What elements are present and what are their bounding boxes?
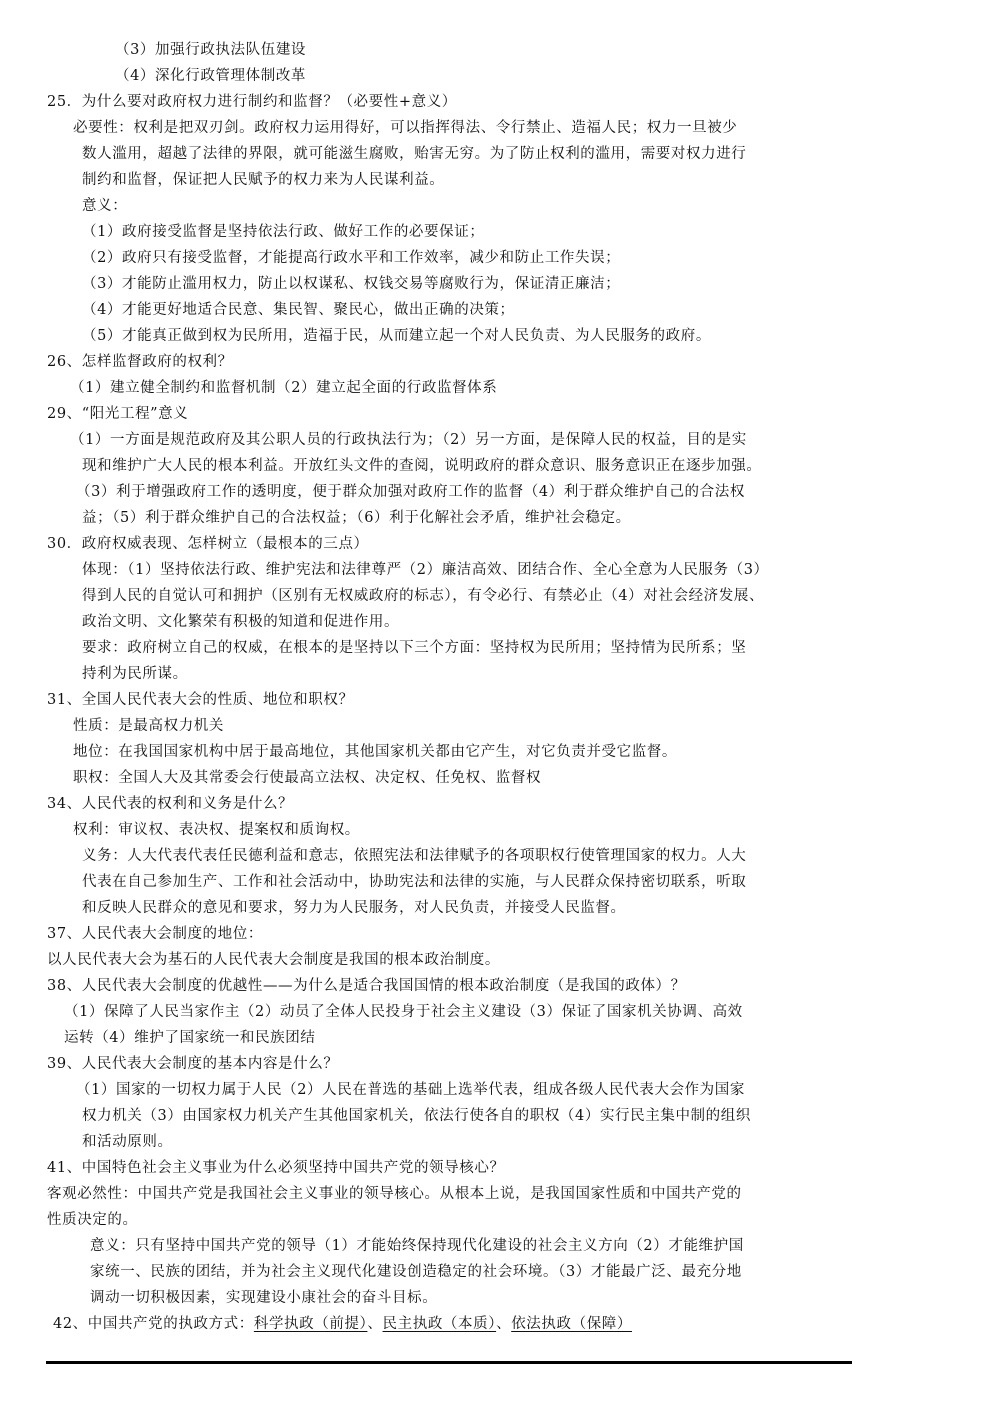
text-line: 现和维护广大人民的根本利益。开放红头文件的查阅，说明政府的群众意识、服务意识正在… (82, 456, 762, 476)
governance-mode-legal: 依法执政（保障） (511, 1316, 632, 1332)
text-line: 益；（5）利于群众维护自己的合法权益；（6）利于化解社会矛盾，维护社会稳定。 (82, 508, 631, 528)
separator: 、 (496, 1316, 511, 1332)
text-line: 地位：在我国国家机构中居于最高地位，其他国家机关都由它产生，对它负责并受它监督。 (73, 742, 677, 762)
text-line: 权利：审议权、表决权、提案权和质询权。 (73, 820, 360, 840)
text-line: 持利为民所谋。 (82, 664, 188, 684)
text-line: 25．为什么要对政府权力进行制约和监督？（必要性+意义） (47, 92, 457, 112)
text-line: 性质：是最高权力机关 (73, 716, 224, 736)
text-line: 29、“阳光工程”意义 (47, 404, 188, 424)
bottom-rule-divider (46, 1361, 852, 1364)
text-line: 义务：人大代表代表任民德利益和意志，依照宪法和法律赋予的各项职权行使管理国家的权… (82, 846, 746, 866)
text-line: 体现：（1）坚持依法行政、维护宪法和法律尊严（2）廉洁高效、团结合作、全心全意为… (82, 560, 769, 580)
text-line: 41、中国特色社会主义事业为什么必须坚持中国共产党的领导核心？ (47, 1158, 505, 1178)
text-line: （3）才能防止滥用权力，防止以权谋私、权钱交易等腐败行为，保证清正廉洁； (82, 274, 620, 294)
text-line: 调动一切积极因素，实现建设小康社会的奋斗目标。 (90, 1288, 437, 1308)
text-line: 34、人民代表的权利和义务是什么？ (47, 794, 293, 814)
text-line: 得到人民的自觉认可和拥护（区别有无权威政府的标志），有令必行、有禁必止（4）对社… (82, 586, 764, 606)
text-line: 和反映人民群众的意见和要求，努力为人民服务，对人民负责，并接受人民监督。 (82, 898, 626, 918)
text-line: （1）国家的一切权力属于人民（2）人民在普选的基础上选举代表，组成各级人民代表大… (76, 1080, 745, 1100)
text-line: （5）才能真正做到权为民所用，造福于民，从而建立起一个对人民负责、为人民服务的政… (82, 326, 711, 346)
text-line: 31、全国人民代表大会的性质、地位和职权？ (47, 690, 354, 710)
text-line: 37、人民代表大会制度的地位： (47, 924, 263, 944)
text-line: 30．政府权威表现、怎样树立（最根本的三点） (47, 534, 369, 554)
text-line: 权力机关（3）由国家权力机关产生其他国家机关，依法行使各自的职权（4）实行民主集… (82, 1106, 751, 1126)
question-42-prefix: 42、中国共产党的执政方式： (53, 1316, 254, 1332)
text-line: 代表在自己参加生产、工作和社会活动中，协助宪法和法律的实施，与人民群众保持密切联… (82, 872, 746, 892)
separator: 、 (367, 1316, 382, 1332)
text-line: （4）才能更好地适合民意、集民智、聚民心，做出正确的决策； (82, 300, 515, 320)
text-line: （2）政府只有接受监督，才能提高行政水平和工作效率，减少和防止工作失误； (82, 248, 620, 268)
governance-mode-democratic: 民主执政（本质） (383, 1316, 497, 1332)
text-line: 38、人民代表大会制度的优越性——为什么是适合我国国情的根本政治制度（是我国的政… (47, 976, 686, 996)
text-line: 以人民代表大会为基石的人民代表大会制度是我国的根本政治制度。 (47, 950, 500, 970)
question-42-line: 42、中国共产党的执政方式：科学执政（前提）、民主执政（本质）、依法执政（保障） (53, 1314, 632, 1334)
text-line: 职权：全国人大及其常委会行使最高立法权、决定权、任免权、监督权 (73, 768, 541, 788)
text-line: 要求：政府树立自己的权威，在根本的是坚持以下三个方面：坚持权为民所用；坚持情为民… (82, 638, 746, 658)
text-line: 必要性：权利是把双刃剑。政府权力运用得好，可以指挥得法、令行禁止、造福人民；权力… (73, 118, 737, 138)
text-line: （3）利于增强政府工作的透明度，便于群众加强对政府工作的监督（4）利于群众维护自… (76, 482, 745, 502)
text-line: 和活动原则。 (82, 1132, 173, 1152)
text-line: （1）建立健全制约和监督机制（2）建立起全面的行政监督体系 (70, 378, 497, 398)
text-line: （4）深化行政管理体制改革 (115, 66, 306, 86)
text-line: 制约和监督，保证把人民赋予的权力来为人民谋利益。 (82, 170, 444, 190)
text-line: 意义： (82, 196, 127, 216)
text-line: 39、人民代表大会制度的基本内容是什么？ (47, 1054, 338, 1074)
text-line: （3）加强行政执法队伍建设 (115, 40, 306, 60)
text-line: （1）政府接受监督是坚持依法行政、做好工作的必要保证； (82, 222, 484, 242)
text-line: 26、怎样监督政府的权利？ (47, 352, 233, 372)
text-line: 政治文明、文化繁荣有积极的知道和促进作用。 (82, 612, 399, 632)
text-line: 意义：只有坚持中国共产党的领导（1）才能始终保持现代化建设的社会主义方向（2）才… (90, 1236, 744, 1256)
text-line: 数人滥用，超越了法律的界限，就可能滋生腐败，贻害无穷。为了防止权利的滥用，需要对… (82, 144, 746, 164)
text-line: 家统一、民族的团结，并为社会主义现代化建设创造稳定的社会环境。（3）才能最广泛、… (90, 1262, 742, 1282)
governance-mode-scientific: 科学执政（前提） (254, 1316, 368, 1332)
text-line: 客观必然性：中国共产党是我国社会主义事业的领导核心。从根本上说，是我国国家性质和… (47, 1184, 742, 1204)
text-line: （1）保障了人民当家作主（2）动员了全体人民投身于社会主义建设（3）保证了国家机… (64, 1002, 743, 1022)
text-line: 性质决定的。 (47, 1210, 138, 1230)
text-line: （1）一方面是规范政府及其公职人员的行政执法行为；（2）另一方面，是保障人民的权… (70, 430, 747, 450)
text-line: 运转（4）维护了国家统一和民族团结 (64, 1028, 315, 1048)
